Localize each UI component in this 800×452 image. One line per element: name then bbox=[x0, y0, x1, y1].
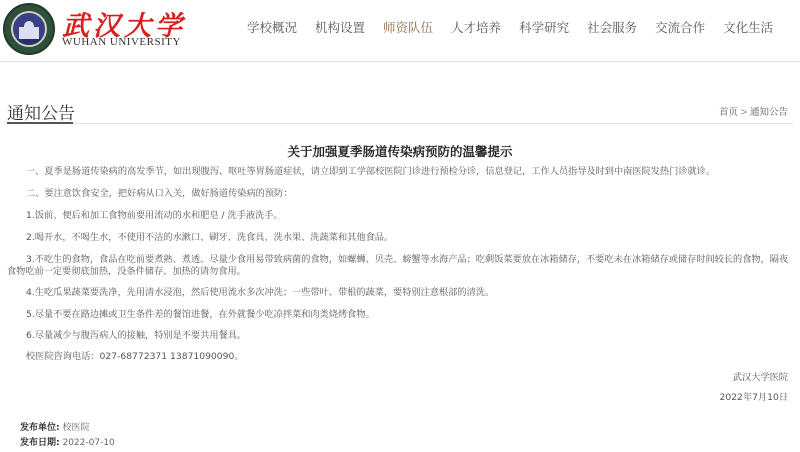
logo-base bbox=[13, 39, 47, 47]
publish-date-label: 发布日期: bbox=[20, 438, 60, 448]
main-nav: 学校概况 机构设置 师资队伍 人才培养 科学研究 社会服务 交流合作 文化生活 bbox=[238, 18, 782, 38]
publisher-label: 发布单位: bbox=[20, 423, 60, 433]
nav-item-organization[interactable]: 机构设置 bbox=[306, 18, 374, 38]
article-date: 2022年7月10日 bbox=[720, 389, 788, 403]
nav-item-exchange[interactable]: 交流合作 bbox=[646, 18, 714, 38]
article-paragraph: 1.饭前、便后和加工食物前要用流动的水和肥皂 / 洗手液洗手。 bbox=[26, 210, 283, 222]
article-paragraph: 一、夏季是肠道传染病的高发季节，如出现腹泻、呕吐等胃肠道症状，请立即到工学部校医… bbox=[26, 166, 715, 178]
section-title: 通知公告 bbox=[7, 99, 75, 124]
nav-item-research[interactable]: 科学研究 bbox=[510, 18, 578, 38]
nav-item-culture[interactable]: 文化生活 bbox=[714, 18, 782, 38]
article-paragraph: 2.喝开水，不喝生水，不使用不洁的水漱口、刷牙、洗食具、洗水果、洗蔬菜和其他食品… bbox=[26, 232, 393, 244]
publisher-info: 发布单位: 校医院 bbox=[20, 420, 90, 433]
site-header: 武汉大学 WUHAN UNIVERSITY 学校概况 机构设置 师资队伍 人才培… bbox=[0, 0, 800, 62]
breadcrumb: 首页>通知公告 bbox=[719, 104, 788, 118]
university-logo-icon[interactable] bbox=[3, 3, 55, 55]
nav-item-education[interactable]: 人才培养 bbox=[442, 18, 510, 38]
article-paragraph: 3.不吃生的食物，食品在吃前要煮熟、煮透。尽量少食用易带致病菌的食物，如螺蛳、贝… bbox=[7, 254, 795, 278]
nav-item-faculty[interactable]: 师资队伍 bbox=[374, 18, 442, 38]
section-title-underline bbox=[7, 122, 73, 124]
breadcrumb-current[interactable]: 通知公告 bbox=[750, 107, 788, 118]
logo-emblem bbox=[11, 11, 47, 47]
section-divider bbox=[73, 123, 793, 124]
contact-phone: 校医院咨询电话：027-68772371 13871090090。 bbox=[26, 351, 244, 363]
publish-date-info: 发布日期: 2022-07-10 bbox=[20, 435, 115, 448]
brand-name-en[interactable]: WUHAN UNIVERSITY bbox=[62, 36, 181, 48]
article-paragraph: 6.尽量减少与腹泻病人的接触，特别是不要共用餐具。 bbox=[26, 330, 246, 342]
breadcrumb-home[interactable]: 首页 bbox=[719, 107, 738, 118]
publisher-value: 校医院 bbox=[62, 423, 89, 433]
article-paragraph: 4.生吃瓜果蔬菜要洗净，先用清水浸泡，然后使用流水多次冲洗；一些带叶、带根的蔬菜… bbox=[26, 287, 494, 299]
article-paragraph: 二、要注意饮食安全，把好病从口入关，做好肠道传染病的预防： bbox=[26, 188, 292, 200]
breadcrumb-separator: > bbox=[740, 107, 748, 118]
article-title: 关于加强夏季肠道传染病预防的温馨提示 bbox=[0, 142, 800, 160]
nav-item-overview[interactable]: 学校概况 bbox=[238, 18, 306, 38]
article-paragraph: 5.尽量不要在路边摊或卫生条件差的餐馆进餐，在外就餐少吃凉拌菜和肉类烧烤食物。 bbox=[26, 309, 375, 321]
article-signature: 武汉大学医院 bbox=[733, 369, 788, 383]
nav-item-social-service[interactable]: 社会服务 bbox=[578, 18, 646, 38]
logo-building bbox=[19, 27, 39, 39]
publish-date-value: 2022-07-10 bbox=[62, 438, 114, 448]
